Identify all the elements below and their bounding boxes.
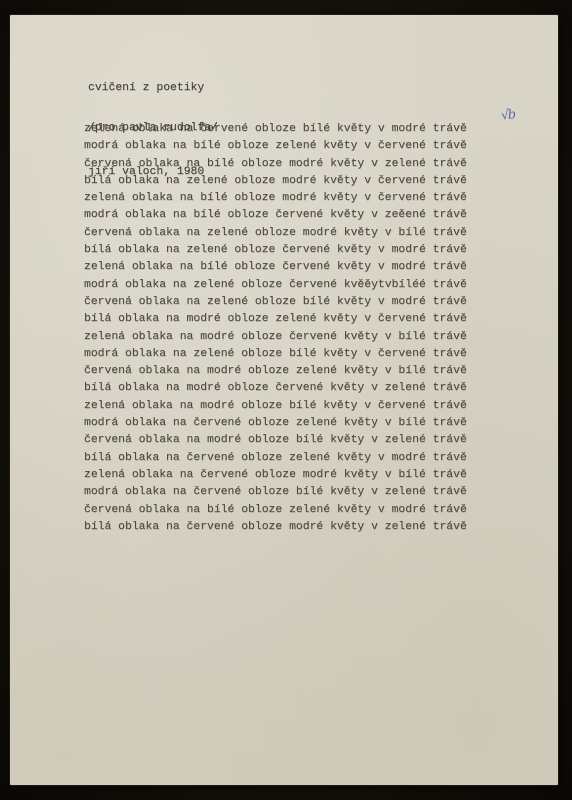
poem-line: bílá oblaka na červené obloze zelené kvě…	[84, 450, 467, 467]
poem-line: modrá oblaka na bílé obloze zelené květy…	[84, 138, 467, 155]
poem-line: modrá oblaka na červené obloze bílé květ…	[84, 484, 467, 501]
poem-line: zelená oblaka na modré obloze bílé květy…	[84, 398, 467, 415]
poem-line: zelená oblaka na bílé obloze červené kvě…	[84, 259, 467, 276]
poem-line: bílá oblaka na zelené obloze modré květy…	[84, 173, 467, 190]
poem-line: bílá oblaka na červené obloze modré květ…	[84, 519, 467, 536]
poem-line: zelená oblaka na modré obloze červené kv…	[84, 329, 467, 346]
poem-line: bílá oblaka na zelené obloze červené kvě…	[84, 242, 467, 259]
poem-line: bílá oblaka na modré obloze zelené květy…	[84, 311, 467, 328]
poem-line: červená oblaka na modré obloze zelené kv…	[84, 363, 467, 380]
scan-background: cvičení z poetiky /pro pavla rudolfa/ ji…	[0, 0, 572, 800]
poem-line: zelená oblaka na červené obloze modré kv…	[84, 467, 467, 484]
poem-line: zelená oblaka na červené obloze bílé kvě…	[84, 121, 467, 138]
poem-line: modrá oblaka na bílé obloze červené květ…	[84, 207, 467, 224]
poem-line: červená oblaka na zelené obloze modré kv…	[84, 225, 467, 242]
poem-line: modrá oblaka na zelené obloze bílé květy…	[84, 346, 467, 363]
poem-line: červená oblaka na modré obloze bílé květ…	[84, 432, 467, 449]
poem-line: bílá oblaka na modré obloze červené květ…	[84, 380, 467, 397]
poem-line: červená oblaka na bílé obloze modré květ…	[84, 156, 467, 173]
title-line-1: cvičení z poetiky	[88, 82, 218, 95]
poem-text: zelená oblaka na červené obloze bílé kvě…	[84, 121, 467, 536]
poem-line: zelená oblaka na bílé obloze modré květy…	[84, 190, 467, 207]
poem-line: modrá oblaka na zelené obloze červené kv…	[84, 277, 467, 294]
poem-line: červená oblaka na zelené obloze bílé kvě…	[84, 294, 467, 311]
poem-line: modrá oblaka na červené obloze zelené kv…	[84, 415, 467, 432]
handwritten-mark-icon: √b	[500, 107, 515, 124]
paper-sheet: cvičení z poetiky /pro pavla rudolfa/ ji…	[10, 15, 558, 785]
poem-line: červená oblaka na bílé obloze zelené kvě…	[84, 502, 467, 519]
